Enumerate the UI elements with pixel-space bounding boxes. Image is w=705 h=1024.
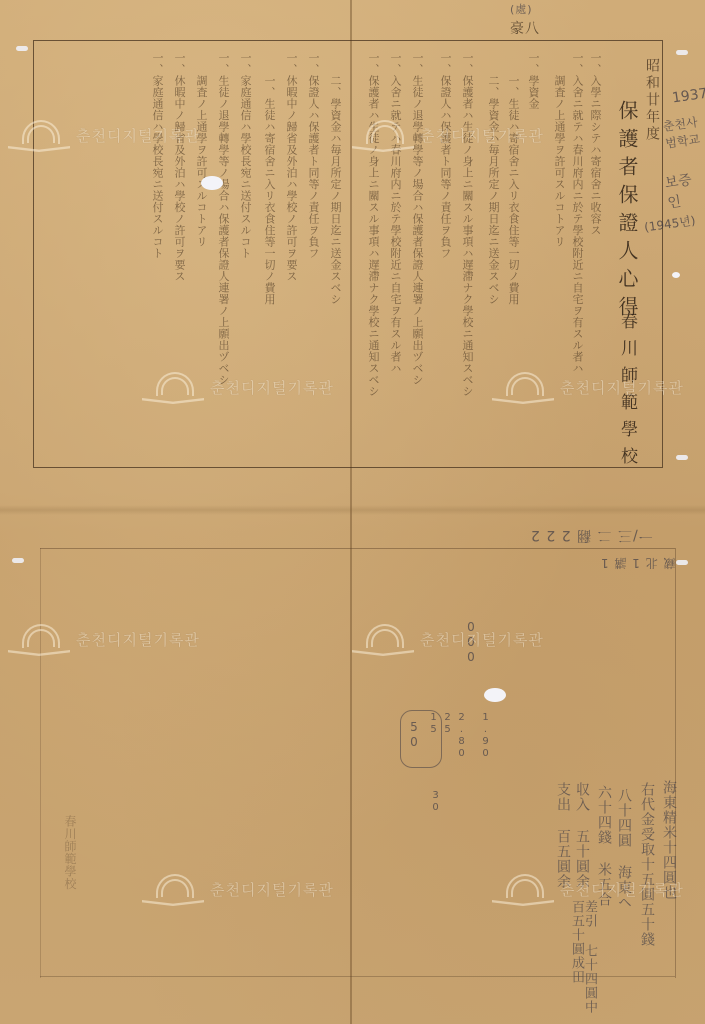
document-year: 昭和廿年度 — [645, 58, 659, 143]
arith-note: 30 — [430, 790, 440, 814]
watermark-text: 춘천디지털기록관 — [560, 377, 684, 398]
arith-note: 1.90 — [480, 712, 490, 760]
archive-logo-icon — [492, 370, 554, 404]
paper-damage-spot — [201, 176, 223, 190]
document-title: 保護者保證人心得 — [617, 100, 637, 324]
top-stamp: 豪八 — [510, 22, 540, 36]
body-column: 一、保護者ハ生徒ノ身上ニ關スル事項ハ遅滯ナク學校ニ通知スベシ — [462, 52, 473, 452]
watermark-text: 춘천디지털기록관 — [420, 125, 544, 146]
watermark-text: 춘천디지털기록관 — [76, 629, 200, 650]
lower-rule-right — [675, 548, 676, 978]
pin-hole — [676, 560, 688, 565]
archive-logo-icon — [352, 622, 414, 656]
archive-logo-icon — [492, 872, 554, 906]
lower-sub-note: 藏 北 1 講 1 — [600, 557, 676, 569]
lower-header-note: 一/三 二 翻 2 2 2 — [530, 528, 653, 542]
lower-rule-top — [40, 548, 675, 549]
watermark-text: 춘천디지털기록관 — [420, 629, 544, 650]
circled-figure-value: 50 — [408, 720, 420, 750]
faint-bleedthrough-column: 春川師範學校 — [64, 815, 76, 890]
watermark-text: 춘천디지털기록관 — [76, 125, 200, 146]
ledger-column: 差引 七十四圓中百五十圓成田 — [570, 900, 596, 1024]
arith-note: 2.80 — [456, 712, 466, 760]
pin-hole — [16, 46, 28, 51]
watermark: 춘천디지털기록관 — [352, 118, 544, 152]
arith-note: 15 — [428, 712, 438, 736]
pin-hole — [12, 558, 24, 563]
watermark-text: 춘천디지털기록관 — [210, 377, 334, 398]
watermark: 춘천디지털기록관 — [8, 622, 200, 656]
pin-hole — [676, 50, 688, 55]
paper-damage-spot — [484, 688, 506, 702]
archive-logo-icon — [142, 872, 204, 906]
watermark-text: 춘천디지털기록관 — [210, 879, 334, 900]
archive-logo-icon — [8, 118, 70, 152]
paper-damage-spot — [672, 272, 680, 278]
margin-note-guarantor: 보증인 — [663, 167, 705, 212]
arith-note: 25 — [442, 712, 452, 736]
body-column: 一、生徒ノ退學轉學等ノ場合ハ保護者保證人連署ノ上願出ヅベシ — [412, 52, 423, 452]
watermark: 춘천디지털기록관 — [142, 370, 334, 404]
pin-hole — [676, 455, 688, 460]
lower-rule-left — [40, 548, 41, 978]
ledger-column: 右代金受取十五圓五十錢 — [640, 782, 654, 947]
watermark-text: 춘천디지털기록관 — [560, 879, 684, 900]
horizontal-fold-crease — [0, 505, 705, 515]
archive-logo-icon — [352, 118, 414, 152]
body-column: 一、保證人ハ保護者ト同等ノ責任ヲ負フ — [440, 52, 451, 452]
watermark: 춘천디지털기록관 — [352, 622, 544, 656]
top-stamp-note: (處) — [510, 4, 533, 15]
watermark: 춘천디지털기록관 — [492, 370, 684, 404]
watermark: 춘천디지털기록관 — [492, 872, 684, 906]
watermark: 춘천디지털기록관 — [8, 118, 200, 152]
body-column: 一、入舍ニ就テハ春川府内ニ於テ學校附近ニ自宅ヲ有スル者ハ — [390, 52, 401, 452]
body-column: 一、保護者ハ生徒ノ身上ニ關スル事項ハ遅滯ナク學校ニ通知スベシ — [368, 52, 379, 452]
archive-logo-icon — [142, 370, 204, 404]
margin-note-school: 춘천사범학교 — [662, 112, 705, 151]
archive-logo-icon — [8, 622, 70, 656]
watermark: 춘천디지털기록관 — [142, 872, 334, 906]
